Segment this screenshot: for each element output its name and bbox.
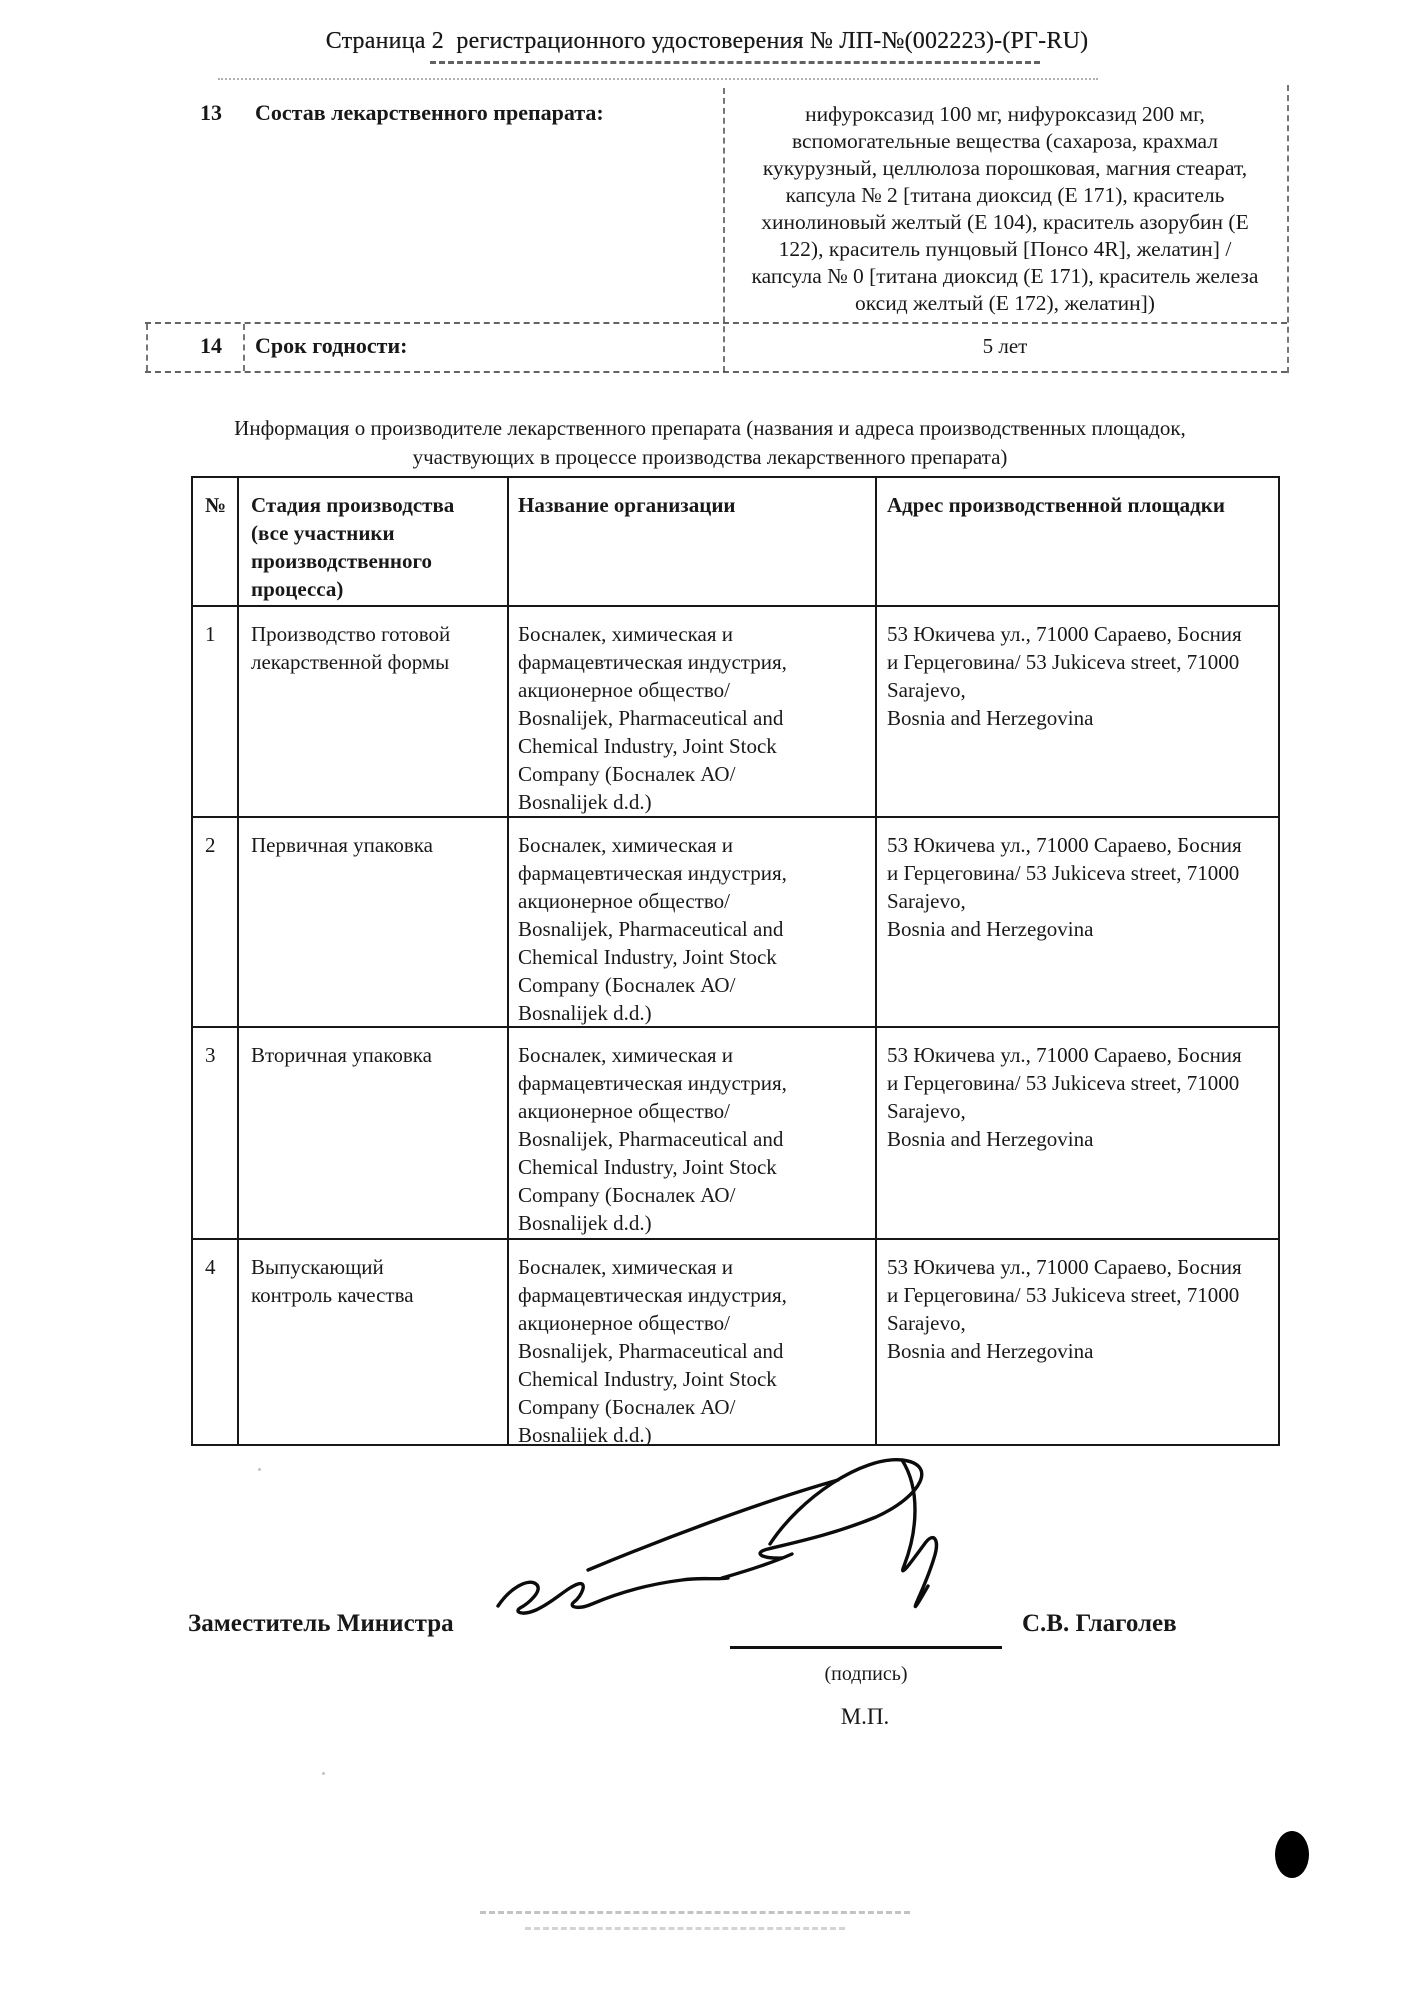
dashed-cell-border — [243, 324, 245, 371]
scan-artifact-line — [480, 1911, 910, 1914]
table-header-address: Адрес производственной площадки — [875, 478, 1278, 605]
table-row-num: 3 — [193, 1026, 237, 1238]
signer-position-title: Заместитель Министра — [188, 1610, 454, 1638]
item13-number: 13 — [200, 100, 222, 126]
scan-smudge-line — [218, 78, 1098, 80]
manufacturer-info-intro: Информация о производителе лекарственног… — [140, 414, 1280, 472]
scan-smudge-line — [430, 61, 1040, 64]
table-header-stage: Стадия производства (все участники произ… — [237, 478, 507, 605]
table-row-num: 4 — [193, 1238, 237, 1444]
table-row-num: 2 — [193, 816, 237, 1026]
item14-shelf-life-value: 5 лет — [725, 334, 1285, 359]
seal-place-mark: М.П. — [810, 1704, 920, 1730]
table-header-organization: Название организации — [507, 478, 875, 605]
table-row-stage: Вторичная упаковка — [237, 1026, 507, 1238]
punch-hole-dot — [1275, 1831, 1309, 1878]
table-row-organization: Босналек, химическая и фармацевтическая … — [507, 1238, 875, 1444]
table-row-address: 53 Юкичева ул., 71000 Сараево, Босния и … — [875, 1238, 1278, 1444]
table-row-stage: Выпускающий контроль качества — [237, 1238, 507, 1444]
table-row-stage: Производство готовой лекарственной формы — [237, 605, 507, 816]
manufacturer-table: № Стадия производства (все участники про… — [191, 476, 1280, 1446]
signer-name: С.В. Глаголев — [1022, 1610, 1177, 1638]
scan-artifact-line — [525, 1927, 845, 1930]
table-row-num: 1 — [193, 605, 237, 816]
dashed-row-divider — [145, 322, 1287, 324]
table-row-stage: Первичная упаковка — [237, 816, 507, 1026]
table-header-num: № — [193, 478, 237, 605]
handwritten-signature — [470, 1438, 1030, 1638]
table-row-organization: Босналек, химическая и фармацевтическая … — [507, 605, 875, 816]
signature-line — [730, 1646, 1002, 1649]
dashed-row-divider — [145, 371, 1287, 373]
item13-label: Состав лекарственного препарата: — [255, 100, 604, 126]
page-title: Страница 2 регистрационного удостоверени… — [0, 28, 1414, 55]
dashed-left-border — [146, 324, 148, 371]
table-row-address: 53 Юкичева ул., 71000 Сараево, Босния и … — [875, 605, 1278, 816]
item13-composition-value: нифуроксазид 100 мг, нифуроксазид 200 мг… — [725, 101, 1285, 317]
dashed-column-separator — [723, 88, 725, 372]
table-row-organization: Босналек, химическая и фармацевтическая … — [507, 816, 875, 1026]
item14-number: 14 — [200, 333, 222, 359]
dashed-right-border — [1287, 85, 1289, 373]
scan-speck — [258, 1468, 261, 1471]
item14-label: Срок годности: — [255, 333, 408, 359]
table-row-address: 53 Юкичева ул., 71000 Сараево, Босния и … — [875, 816, 1278, 1026]
registration-certificate-page: Страница 2 регистрационного удостоверени… — [0, 0, 1414, 2000]
signature-caption: (подпись) — [766, 1663, 966, 1686]
scan-speck — [322, 1772, 325, 1775]
table-row-address: 53 Юкичева ул., 71000 Сараево, Босния и … — [875, 1026, 1278, 1238]
table-row-organization: Босналек, химическая и фармацевтическая … — [507, 1026, 875, 1238]
